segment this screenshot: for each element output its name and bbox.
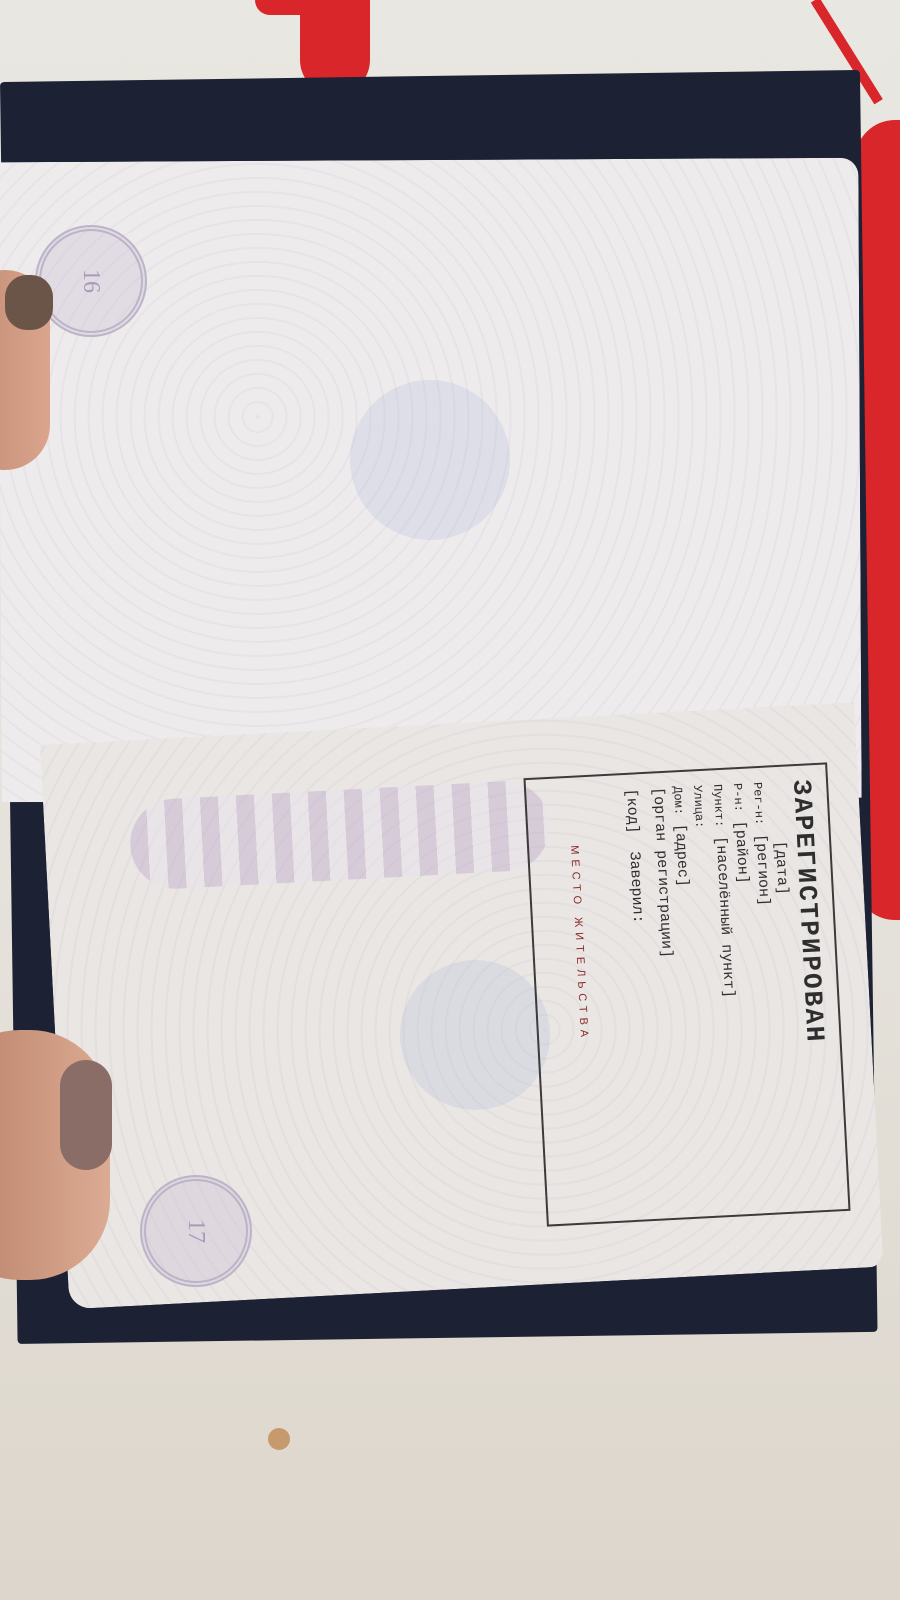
watermark <box>350 380 510 540</box>
page-number-emblem-bottom: 17 <box>140 1175 252 1287</box>
surface-stain <box>268 1428 290 1450</box>
registration-stamp: ЗАРЕГИСТРИРОВАН [дата] Рег-н: [регион] Р… <box>523 762 850 1226</box>
page-number: 16 <box>78 269 105 293</box>
watermark <box>400 960 550 1110</box>
fingernail <box>5 275 53 330</box>
page-number-emblem-top: 16 <box>35 225 147 337</box>
page-number: 17 <box>183 1219 210 1243</box>
fingernail <box>60 1060 112 1170</box>
